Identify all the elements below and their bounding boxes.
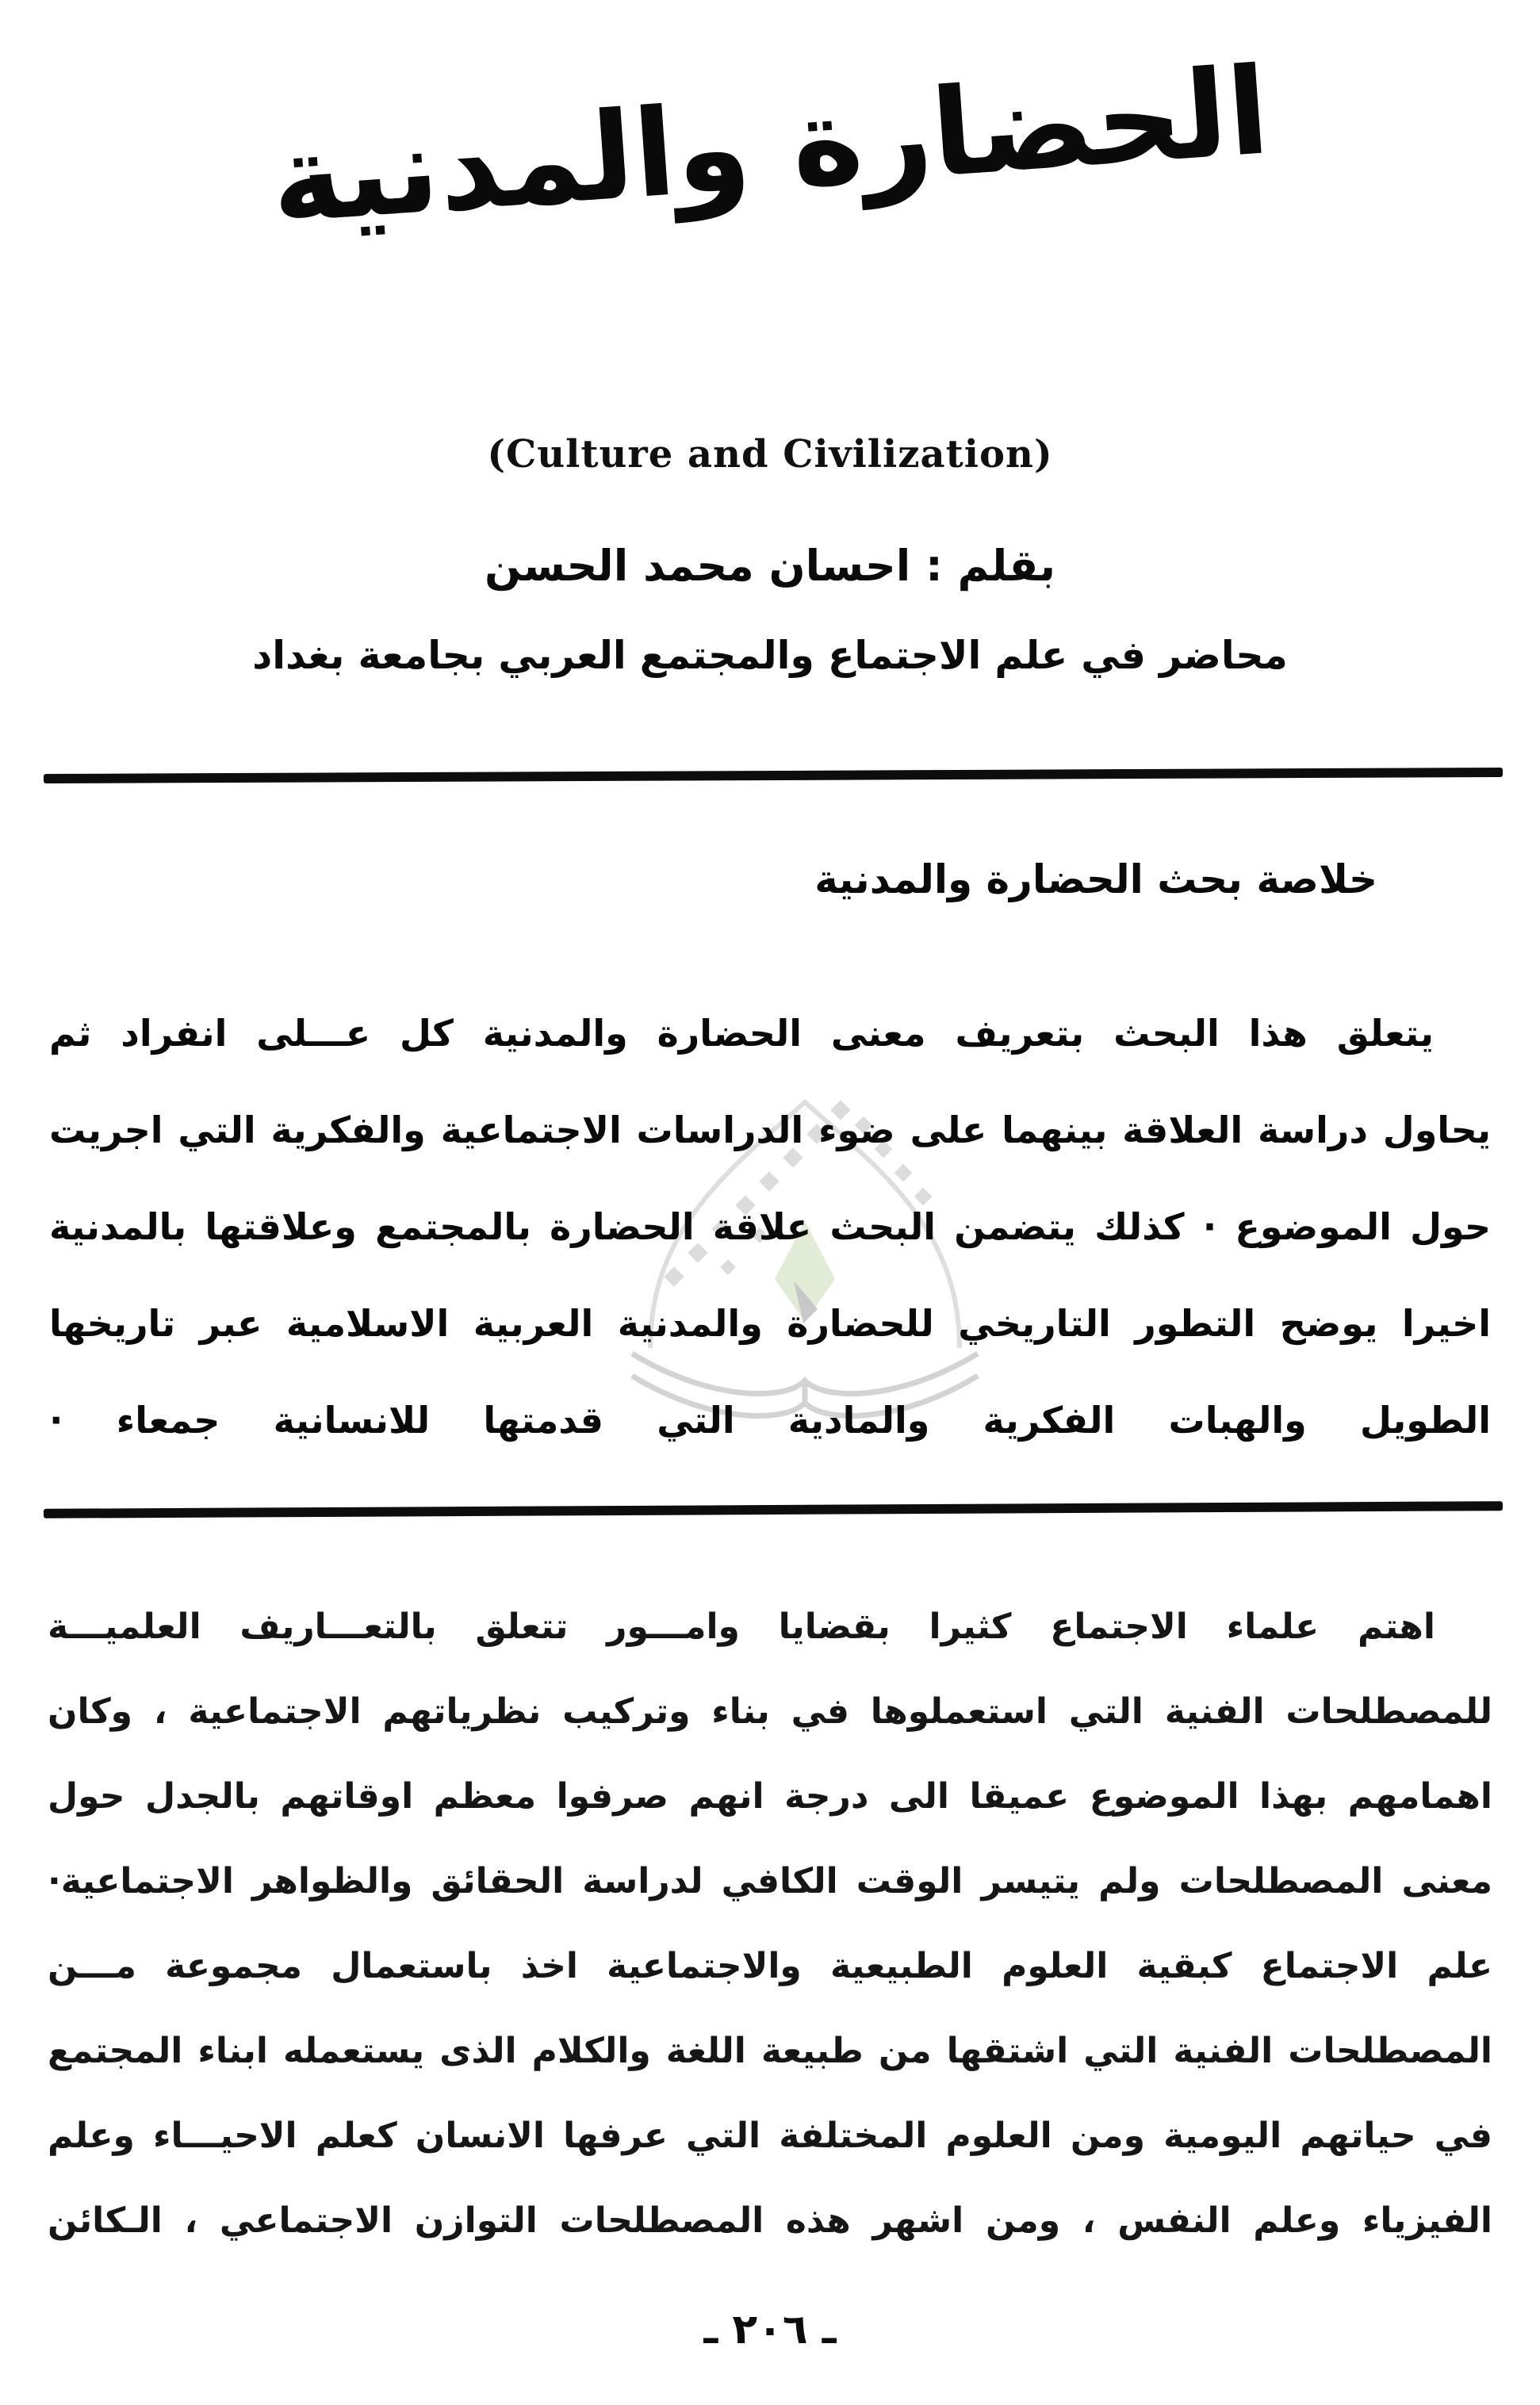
scanned-document-page: { "doc": { "title_calligraphy": "الحضارة… [0, 0, 1540, 2405]
body-line: في حياتهم اليومية ومن العلوم المختلفة ال… [48, 2093, 1492, 2178]
abstract-line: يحاول دراسة العلاقة بينهما على ضوء الدرا… [49, 1082, 1491, 1178]
abstract-paragraph: يتعلق هذا البحث بتعريف معنى الحضارة والم… [49, 985, 1491, 1469]
page-number: ـ ٢٠٦ ـ [0, 2306, 1540, 2353]
author-byline: بقلم : احسان محمد الحسن [0, 541, 1540, 591]
body-line: معنى المصطلحات ولم يتيسر الوقت الكافي لد… [48, 1839, 1492, 1924]
abstract-line: الطويل والهبات الفكرية والمادية التي قدم… [49, 1372, 1491, 1469]
subtitle-english: (Culture and Civilization) [0, 432, 1540, 477]
body-line: المصطلحات الفنية التي اشتقها من طبيعة ال… [48, 2009, 1492, 2093]
abstract-line: يتعلق هذا البحث بتعريف معنى الحضارة والم… [49, 985, 1491, 1082]
body-line: اهتم علماء الاجتماع كثيرا بقضايا وامـــو… [48, 1584, 1492, 1669]
abstract-line: حول الموضوع · كذلك يتضمن البحث علاقة الح… [49, 1178, 1491, 1275]
body-line: اهمامهم بهذا الموضوع عميقا الى درجة انهم… [48, 1754, 1492, 1839]
body-line: للمصطلحات الفنية التي استعملوها في بناء … [48, 1669, 1492, 1754]
abstract-line: اخيرا يوضح التطور التاريخي للحضارة والمد… [49, 1275, 1491, 1372]
author-affiliation: محاضر في علم الاجتماع والمجتمع العربي بج… [0, 633, 1540, 678]
body-line: علم الاجتماع كبقية العلوم الطبيعية والاج… [48, 1924, 1492, 2009]
abstract-heading: خلاصة بحث الحضارة والمدنية [814, 856, 1377, 902]
page-title-calligraphy: الحضارة والمدنية [0, 21, 1540, 269]
body-line: الفيزياء وعلم النفس ، ومن اشهر هذه المصط… [48, 2178, 1492, 2263]
divider-rule-middle [44, 1501, 1503, 1518]
body-paragraph: اهتم علماء الاجتماع كثيرا بقضايا وامـــو… [48, 1584, 1492, 2263]
divider-rule-top [44, 768, 1503, 783]
